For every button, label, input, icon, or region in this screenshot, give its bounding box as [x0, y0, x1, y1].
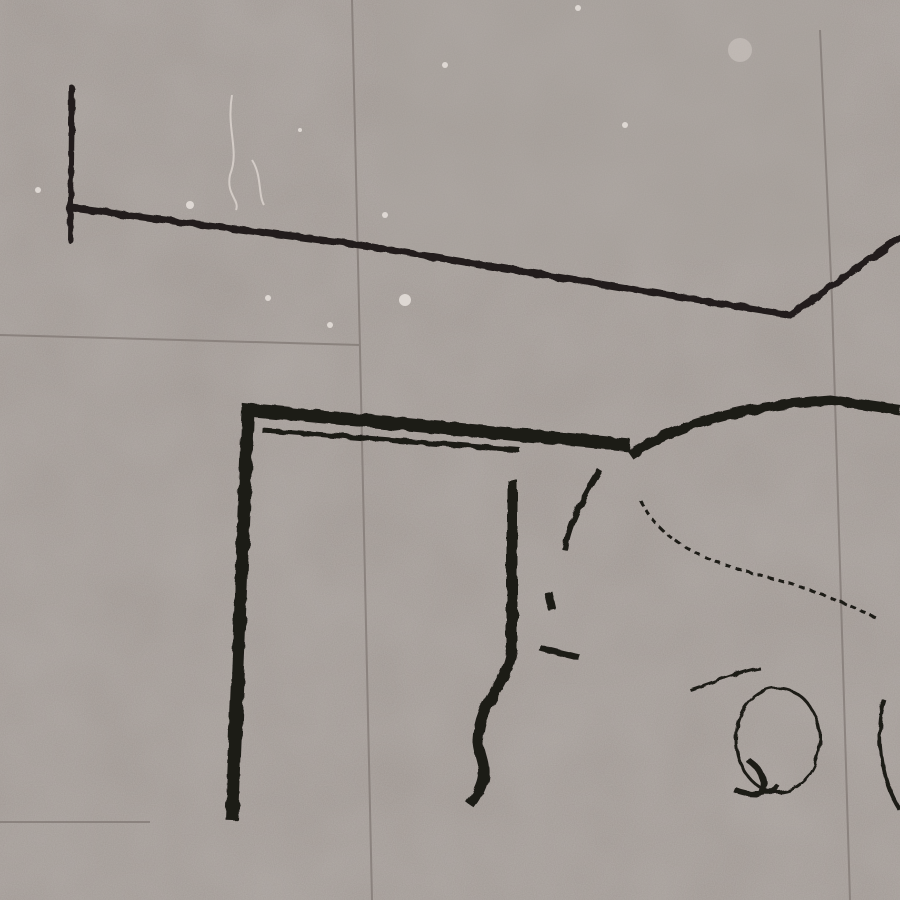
photo-scene — [0, 0, 900, 900]
